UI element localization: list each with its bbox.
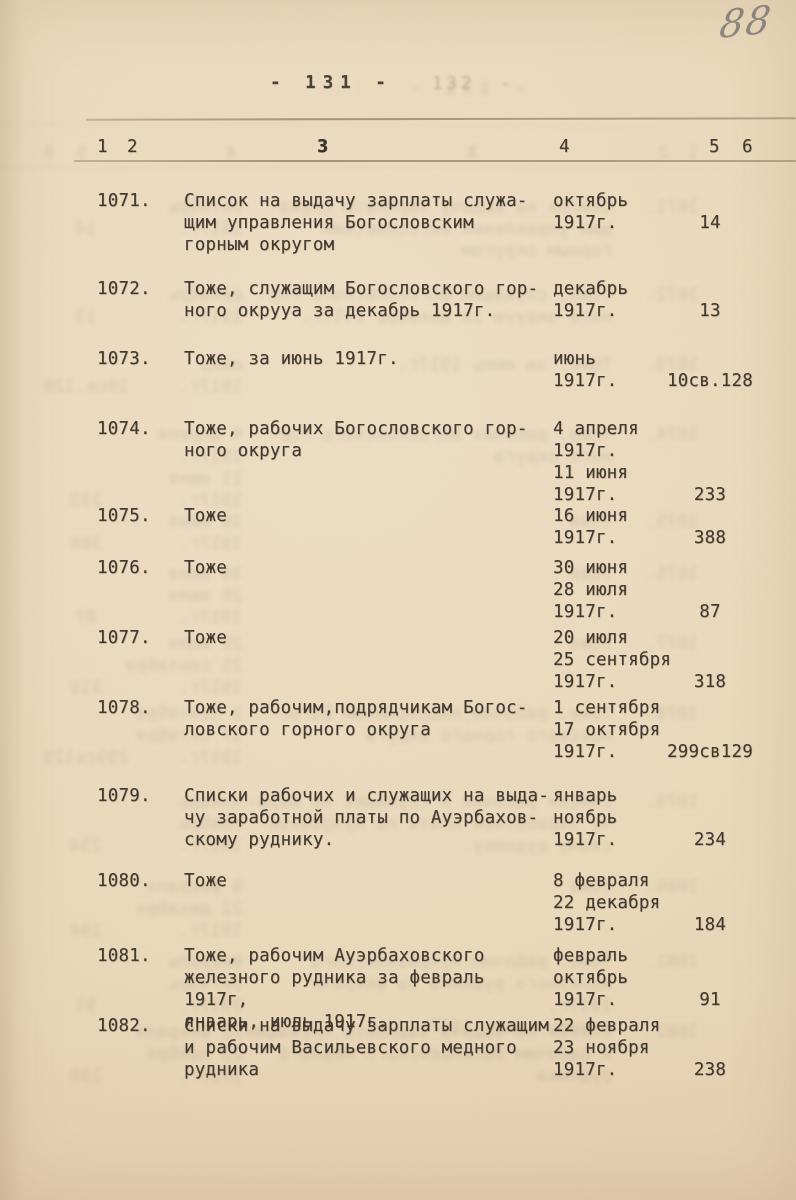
row-quantity: 184 bbox=[650, 914, 770, 936]
row-quantity: 13 bbox=[650, 300, 770, 322]
row-description: Тоже, за июнь 1917г. bbox=[184, 348, 556, 370]
row-description: Списки на выдачу зарплаты служащим и раб… bbox=[184, 1015, 556, 1081]
column-header-1: 1 bbox=[97, 136, 108, 158]
handwritten-folio-number: 88 bbox=[717, 0, 775, 47]
row-number: 1072. bbox=[97, 278, 177, 300]
row-number: 1078. bbox=[97, 697, 177, 719]
row-description: Тоже, служащим Богословского гор- ного о… bbox=[184, 278, 556, 322]
column-header-3: 3 bbox=[317, 136, 328, 158]
row-quantity: 14 bbox=[650, 212, 770, 234]
column-header-5: 5 bbox=[709, 136, 720, 158]
column-header-6: 6 bbox=[742, 136, 753, 158]
row-description: Тоже, рабочих Богословского гор- ного ок… bbox=[184, 418, 556, 462]
scanned-page: - 131 - 132 - 123456 1071.Список на выда… bbox=[0, 0, 796, 1200]
row-description: Тоже bbox=[184, 505, 556, 527]
header-rule-bottom bbox=[74, 160, 796, 162]
row-number: 1081. bbox=[97, 945, 177, 967]
row-number: 1074. bbox=[97, 418, 177, 440]
row-description: Списки рабочих и служащих на выда- чу за… bbox=[184, 785, 556, 851]
row-quantity: 233 bbox=[650, 484, 770, 506]
row-quantity: 10св.128 bbox=[650, 370, 770, 392]
row-description: Тоже, рабочим,подрядчикам Богос- ловског… bbox=[184, 697, 556, 741]
row-number: 1080. bbox=[97, 870, 177, 892]
column-header-4: 4 bbox=[559, 136, 570, 158]
row-quantity: 299св129 bbox=[650, 741, 770, 763]
row-quantity: 238 bbox=[650, 1059, 770, 1081]
row-quantity: 318 bbox=[650, 671, 770, 693]
header-rule-top bbox=[86, 117, 796, 120]
bleed-through-artifact: - bbox=[500, 73, 511, 95]
row-number: 1082. bbox=[97, 1015, 177, 1037]
row-description: Тоже bbox=[184, 870, 556, 892]
row-description: Тоже bbox=[184, 557, 556, 579]
bleed-through-artifact: 132 bbox=[432, 73, 476, 95]
row-number: 1076. bbox=[97, 557, 177, 579]
row-quantity: 87 bbox=[650, 601, 770, 623]
row-number: 1073. bbox=[97, 348, 177, 370]
page-number: - 131 - bbox=[270, 72, 393, 94]
row-number: 1077. bbox=[97, 627, 177, 649]
row-description: Список на выдачу зарплаты служа- щим упр… bbox=[184, 190, 556, 256]
column-header-2: 2 bbox=[127, 136, 138, 158]
row-quantity: 234 bbox=[650, 829, 770, 851]
row-number: 1079. bbox=[97, 785, 177, 807]
row-quantity: 388 bbox=[650, 527, 770, 549]
row-number: 1075. bbox=[97, 505, 177, 527]
row-quantity: 91 bbox=[650, 989, 770, 1011]
row-number: 1071. bbox=[97, 190, 177, 212]
row-description: Тоже bbox=[184, 627, 556, 649]
